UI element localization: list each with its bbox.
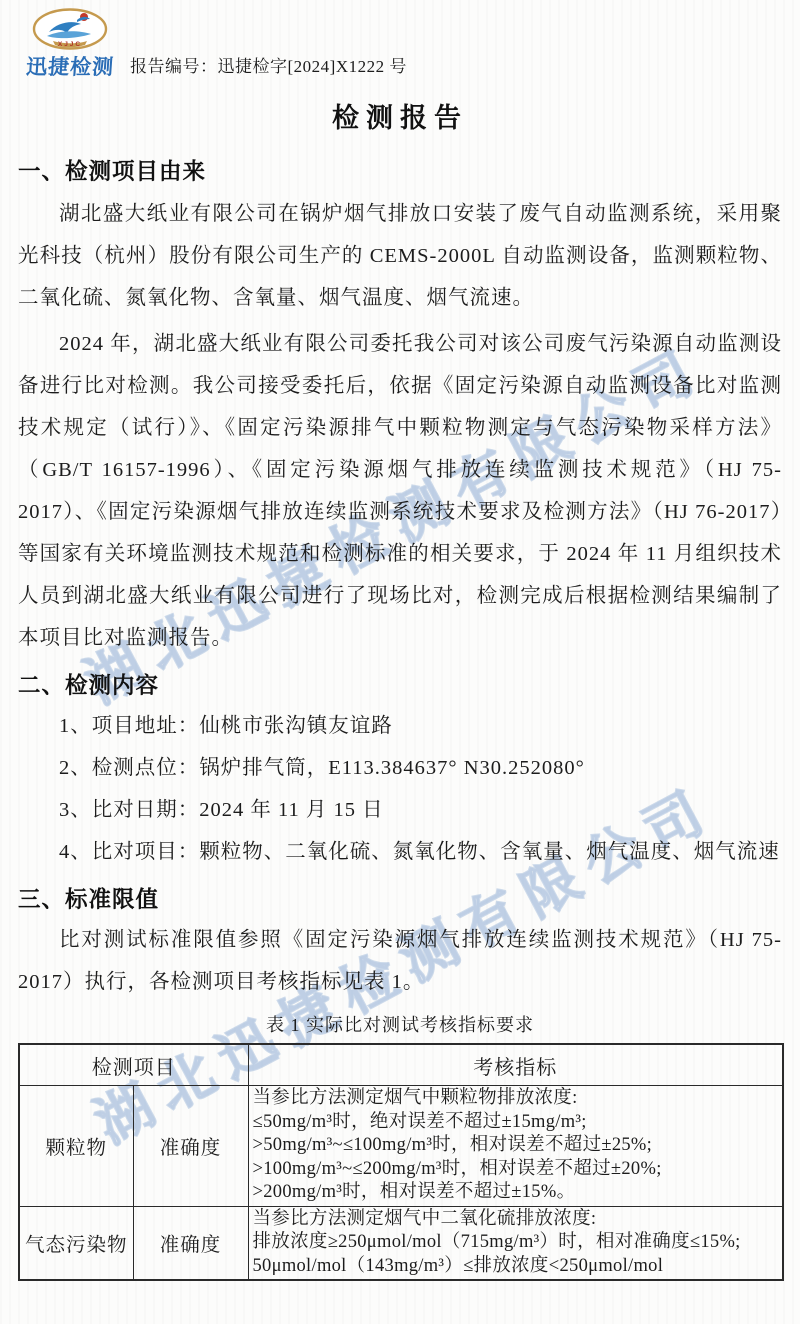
row-item-criteria: 当参比方法测定烟气中二氧化硫排放浓度: 排放浓度≥250μmol/mol（715… bbox=[248, 1206, 783, 1280]
section-2-item-address: 1、项目地址：仙桃市张沟镇友谊路 bbox=[18, 705, 782, 747]
report-number: 报告编号：迅捷检字[2024]X1222 号 bbox=[130, 52, 407, 79]
section-2-item-parameters: 4、比对项目：颗粒物、二氧化硫、氮氧化物、含氧量、烟气温度、烟气流速 bbox=[18, 831, 782, 873]
company-logo: XJJC 迅捷检测 bbox=[18, 8, 122, 79]
scanned-report-page: 湖北迅捷检测有限公司 湖北迅捷检测有限公司 XJJC 迅捷检测 报告编号：迅捷检… bbox=[0, 0, 800, 1324]
logo-emblem-icon: XJJC bbox=[29, 8, 111, 52]
section-3-heading: 三、标准限值 bbox=[18, 885, 782, 915]
row-item-name: 颗粒物 bbox=[19, 1086, 133, 1207]
report-header: XJJC 迅捷检测 报告编号：迅捷检字[2024]X1222 号 bbox=[18, 0, 782, 79]
logo-badge-text: XJJC bbox=[58, 41, 82, 48]
page-title: 检测报告 bbox=[18, 101, 782, 135]
row-item-criteria: 当参比方法测定烟气中颗粒物排放浓度: ≤50mg/m³时，绝对误差不超过±15m… bbox=[248, 1086, 783, 1207]
row-item-name: 气态污染物 bbox=[19, 1206, 133, 1280]
section-3-paragraph-1: 比对测试标准限值参照《固定污染源烟气排放连续监测技术规范》（HJ 75-2017… bbox=[18, 919, 782, 1003]
section-2-item-location: 2、检测点位：锅炉排气筒，E113.384637° N30.252080° bbox=[18, 747, 782, 789]
logo-brand-name: 迅捷检测 bbox=[17, 57, 123, 79]
section-2-item-date: 3、比对日期：2024 年 11 月 15 日 bbox=[18, 789, 782, 831]
table-header-row: 检测项目 考核指标 bbox=[19, 1044, 783, 1086]
section-1-paragraph-2: 2024 年，湖北盛大纸业有限公司委托我公司对该公司废气污染源自动监测设备进行比… bbox=[18, 323, 782, 659]
section-1-heading: 一、检测项目由来 bbox=[18, 157, 782, 187]
table-caption: 表 1 实际比对测试考核指标要求 bbox=[18, 1013, 782, 1037]
assessment-criteria-table: 检测项目 考核指标 颗粒物 准确度 当参比方法测定烟气中颗粒物排放浓度: ≤50… bbox=[18, 1043, 784, 1281]
table-row: 颗粒物 准确度 当参比方法测定烟气中颗粒物排放浓度: ≤50mg/m³时，绝对误… bbox=[19, 1086, 783, 1207]
column-header-criteria: 考核指标 bbox=[248, 1044, 783, 1086]
column-header-item: 检测项目 bbox=[19, 1044, 248, 1086]
row-item-metric: 准确度 bbox=[133, 1206, 248, 1280]
section-2-heading: 二、检测内容 bbox=[18, 671, 782, 701]
table-row: 气态污染物 准确度 当参比方法测定烟气中二氧化硫排放浓度: 排放浓度≥250μm… bbox=[19, 1206, 783, 1280]
section-1-paragraph-1: 湖北盛大纸业有限公司在锅炉烟气排放口安装了废气自动监测系统，采用聚光科技（杭州）… bbox=[18, 193, 782, 319]
row-item-metric: 准确度 bbox=[133, 1086, 248, 1207]
